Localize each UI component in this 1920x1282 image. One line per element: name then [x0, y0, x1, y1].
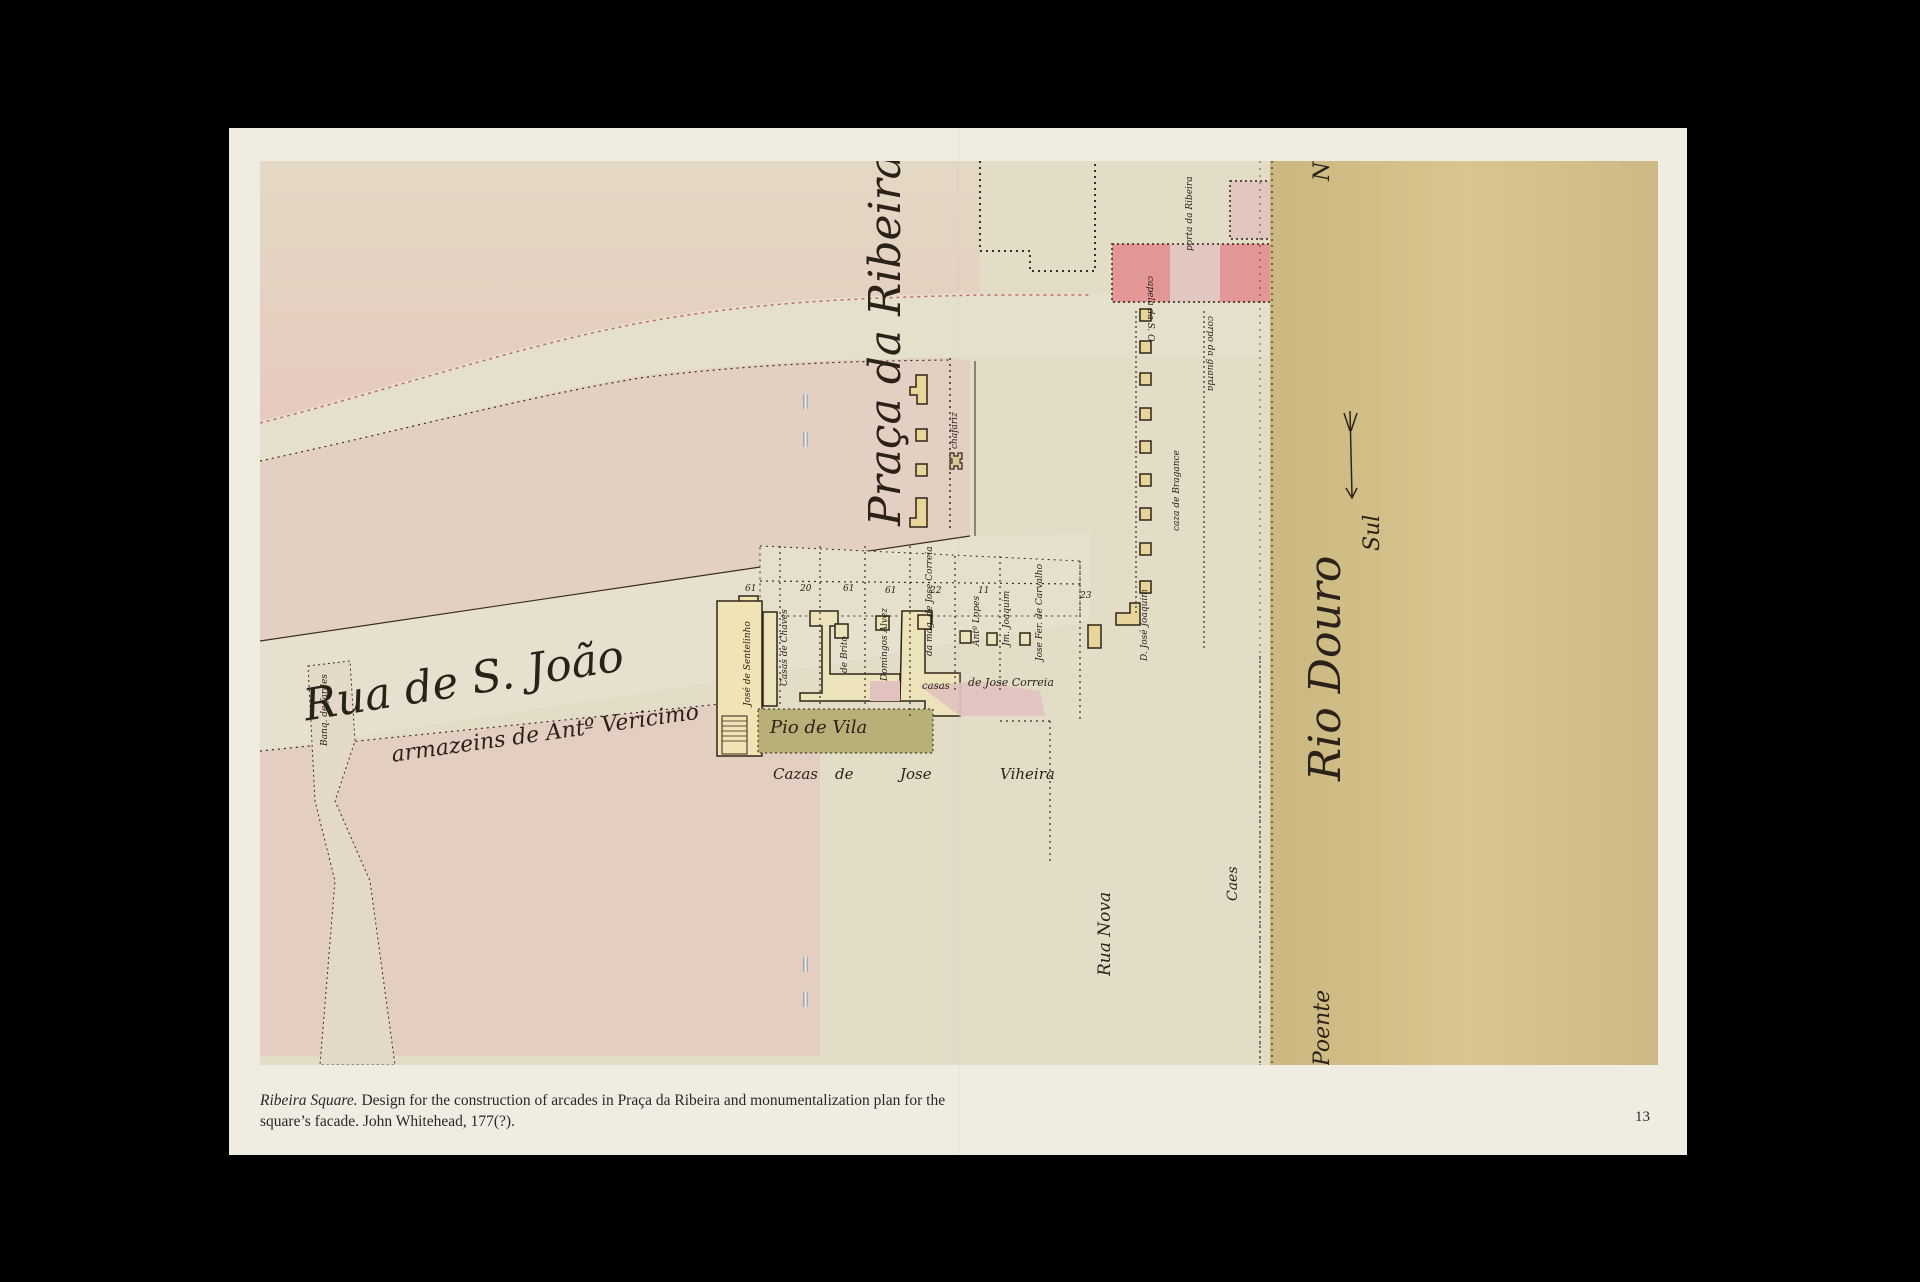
caption-title: Ribeira Square. [260, 1092, 358, 1109]
label-corpo-guarda: corpo da guarda [1205, 316, 1215, 391]
label-cais: Caes [1225, 866, 1241, 901]
page-number: 13 [1635, 1109, 1650, 1126]
lot-number: 23 [1080, 591, 1091, 601]
lot-number: 61 [843, 584, 854, 594]
lot-number: 22 [930, 586, 941, 596]
label-capela: capela da S. O [1145, 276, 1155, 342]
label-jose-correia: de Jose Correia [968, 676, 1054, 689]
label-porta-ribeira: porta da Ribeira [1185, 176, 1195, 251]
label-praca-ribeira: Praça da Ribeira [860, 161, 911, 526]
label-jose-sentelinho: José de Sentelinho [743, 621, 753, 706]
label-domingos-alves: Domingos Alvez [880, 608, 890, 681]
label-sul: Sul [1360, 515, 1385, 551]
label-caminho: Banq. de fardes [320, 674, 330, 746]
figure-caption: Ribeira Square. Design for the construct… [260, 1090, 960, 1132]
staple [803, 991, 808, 1008]
label-casas-jose-viheira-1: Cazas [773, 765, 818, 783]
label-rio-douro: Rio Douro [1300, 556, 1351, 781]
label-casas-jose-viheira-4: Viheira [1000, 765, 1055, 783]
label-casas-jose-viheira-2: de [835, 765, 853, 783]
label-nascente: Nasc. [1310, 161, 1335, 181]
lot-number: 20 [800, 584, 811, 594]
staple [803, 393, 808, 410]
label-joaquim: Jm. Joaquim [1002, 591, 1012, 646]
label-da-mag-jose: da mag. de Jose Correia [925, 546, 935, 656]
caption-text: Design for the construction of arcades i… [260, 1092, 945, 1130]
label-poente: Poente [1310, 990, 1335, 1065]
lot-number: 61 [745, 584, 756, 594]
label-casas-jose-viheira-3: Jose [900, 765, 932, 783]
book-spread: Rua de S. João Praça da Ribeira chafariz… [229, 128, 1687, 1155]
label-pio-de-vila: Pio de Vila [770, 717, 867, 738]
staple [803, 431, 808, 448]
lot-number: 61 [885, 586, 896, 596]
spine-fold [958, 128, 960, 1155]
label-rua-nova: Rua Nova [1095, 892, 1115, 976]
label-anto-lopes: Antº Lopes [972, 596, 982, 646]
label-dr-jose-joaquim: D. José Joaquim [1140, 589, 1150, 661]
staple [803, 956, 808, 973]
label-jose-carvalho: Jose Fer. de Carvalho [1035, 564, 1045, 661]
lot-number: 11 [978, 586, 989, 596]
label-casas-chaves: Casas de Chaves [780, 609, 790, 686]
label-casas: casas [922, 681, 950, 692]
label-de-brito: de Brito [840, 636, 850, 673]
label-casa-bragance: caza de Bragance [1172, 450, 1182, 531]
